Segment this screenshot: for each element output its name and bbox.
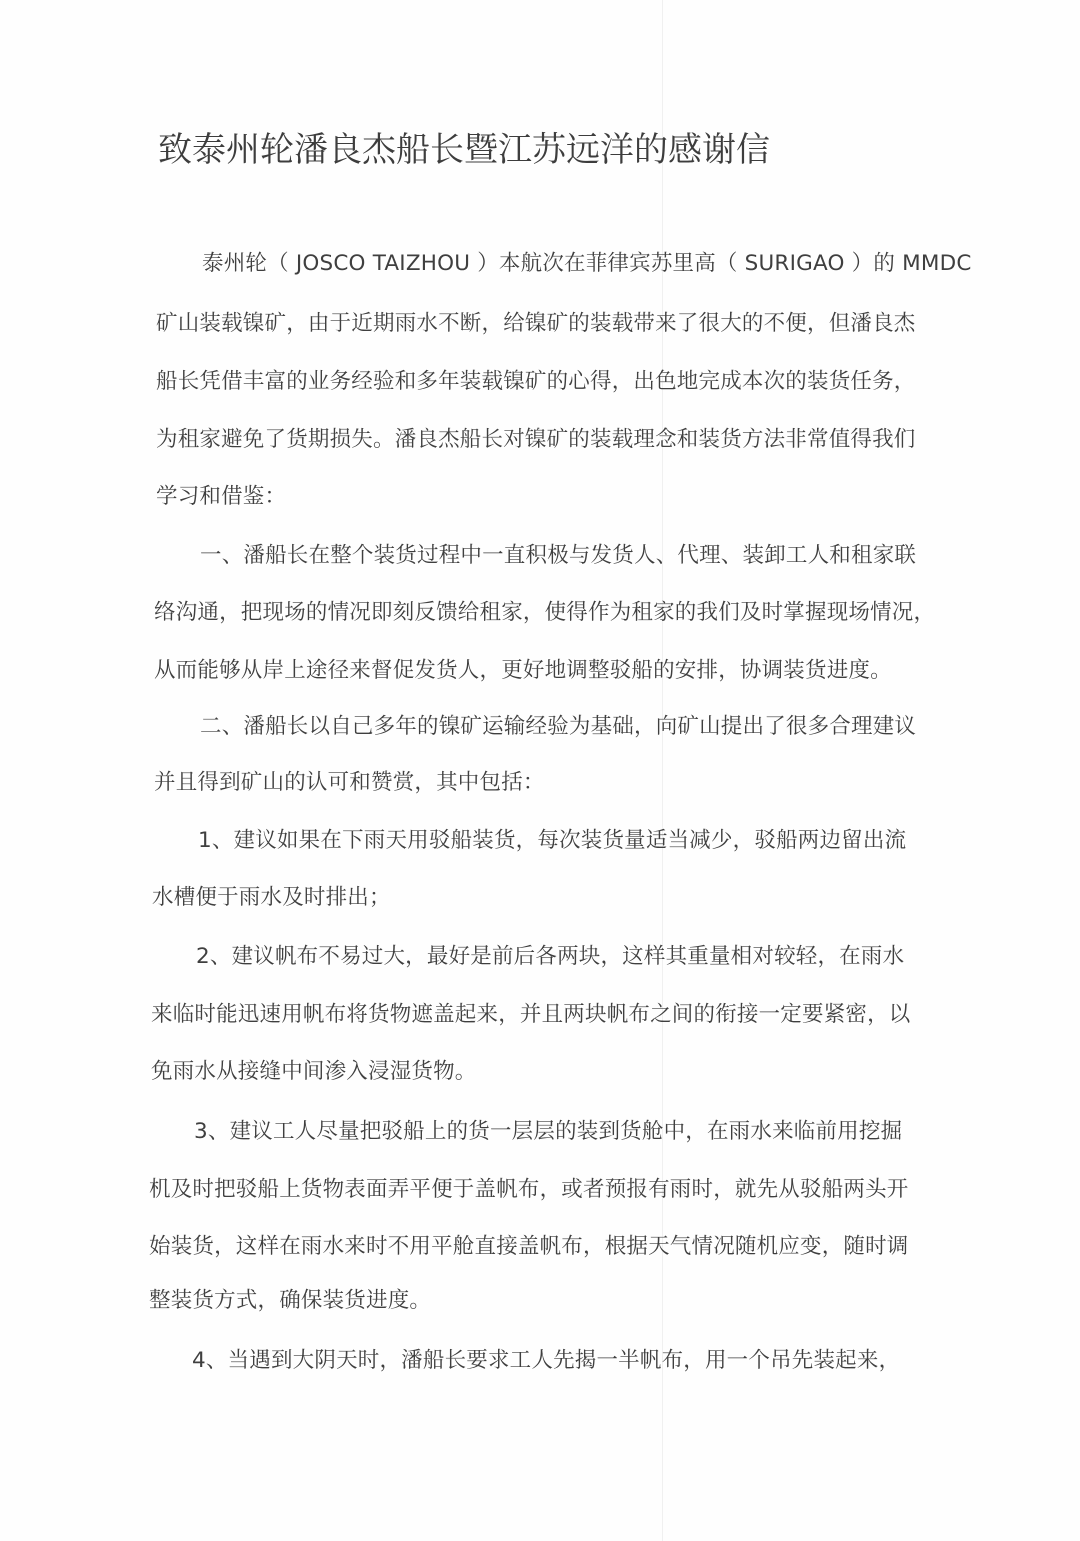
letter-line: 一、潘船长在整个装货过程中一直积极与发货人、代理、装卸工人和租家联 (200, 538, 916, 569)
letter-line: 二、潘船长以自己多年的镍矿运输经验为基础，向矿山提出了很多合理建议 (200, 709, 916, 740)
scan-artifact-line (662, 0, 663, 1541)
letter-line: 4、当遇到大阴天时，潘船长要求工人先揭一半帆布，用一个吊先装起来， (192, 1343, 900, 1374)
letter-line: 为租家避免了货期损失。潘良杰船长对镍矿的装载理念和装货方法非常值得我们 (156, 422, 916, 453)
letter-line: 始装货，这样在雨水来时不用平舱直接盖帆布，根据天气情况随机应变，随时调 (149, 1229, 909, 1260)
scanned-letter-page: 致泰州轮潘良杰船长暨江苏远洋的感谢信 泰州轮（ JOSCO TAIZHOU ）本… (0, 0, 1080, 1541)
letter-line: 3、建议工人尽量把驳船上的货一层层的装到货舱中，在雨水来临前用挖掘 (194, 1114, 902, 1145)
letter-line: 船长凭借丰富的业务经验和多年装载镍矿的心得，出色地完成本次的装货任务， (156, 364, 916, 395)
letter-line: 来临时能迅速用帆布将货物遮盖起来，并且两块帆布之间的衔接一定要紧密，以 (151, 997, 911, 1028)
letter-line: 水槽便于雨水及时排出； (152, 880, 391, 911)
letter-title: 致泰州轮潘良杰船长暨江苏远洋的感谢信 (158, 122, 770, 171)
letter-line: 从而能够从岸上途径来督促发货人，更好地调整驳船的安排，协调装货进度。 (154, 653, 892, 684)
letter-line: 泰州轮（ JOSCO TAIZHOU ）本航次在菲律宾苏里高（ SURIGAO … (202, 246, 972, 277)
letter-line: 并且得到矿山的认可和赞赏，其中包括： (154, 765, 545, 796)
letter-line: 学习和借鉴： (156, 479, 286, 510)
letter-line: 1、建议如果在下雨天用驳船装货，每次装货量适当减少，驳船两边留出流 (198, 823, 906, 854)
letter-line: 机及时把驳船上货物表面弄平便于盖帆布，或者预报有雨时，就先从驳船两头开 (149, 1172, 909, 1203)
letter-line: 免雨水从接缝中间渗入浸湿货物。 (151, 1054, 477, 1085)
letter-line: 整装货方式，确保装货进度。 (149, 1283, 431, 1314)
letter-line: 2、建议帆布不易过大，最好是前后各两块，这样其重量相对较轻，在雨水 (196, 939, 904, 970)
letter-line: 络沟通，把现场的情况即刻反馈给租家，使得作为租家的我们及时掌握现场情况， (154, 595, 935, 626)
letter-line: 矿山装载镍矿，由于近期雨水不断，给镍矿的装载带来了很大的不便，但潘良杰 (156, 306, 916, 337)
